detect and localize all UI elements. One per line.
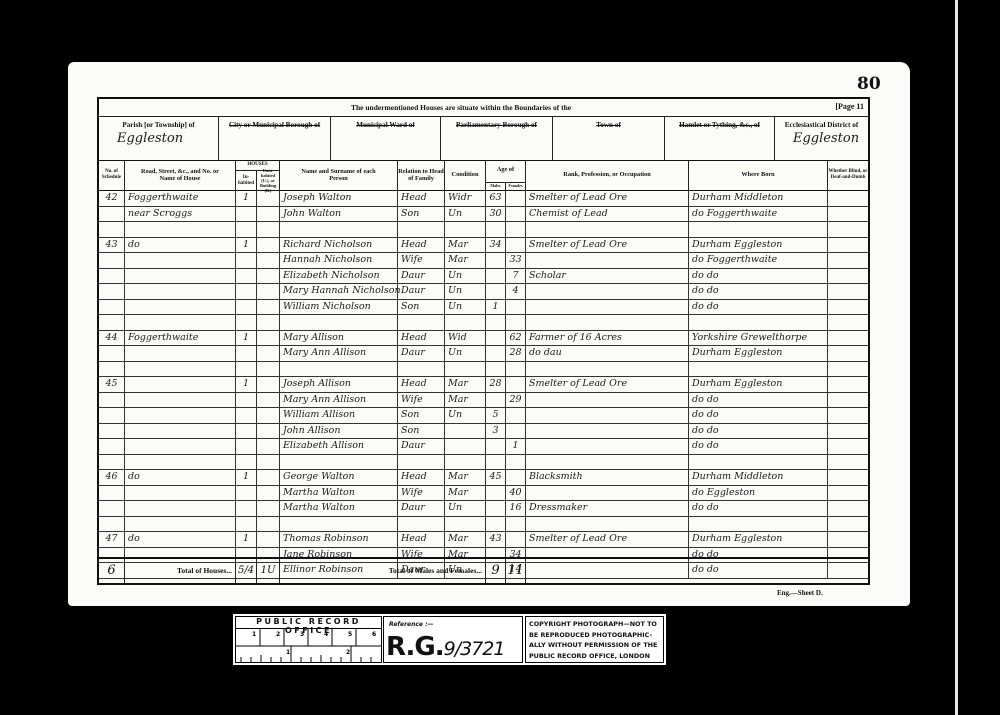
svg-text:6: 6 — [372, 631, 376, 638]
person-name: Mary Hannah Nicholson — [280, 283, 398, 299]
person-name: Hannah Nicholson — [280, 252, 398, 268]
marital-condition: Mar — [445, 531, 486, 547]
age-male: 28 — [486, 376, 506, 392]
road-address — [125, 252, 236, 268]
person-name: George Walton — [280, 469, 398, 485]
age-male — [486, 330, 506, 346]
sheet-label: Eng.—Sheet D. — [777, 589, 823, 597]
person-name: Mary Ann Allison — [280, 345, 398, 361]
table-row: Mary Hannah NicholsonDaurUn4do do — [99, 283, 868, 300]
relation-to-head: Son — [398, 407, 445, 423]
relation-to-head: Daur — [398, 283, 445, 299]
age-female — [506, 206, 526, 222]
inhabited-count — [236, 361, 257, 377]
occupation: Blacksmith — [526, 469, 689, 485]
uninhabited-count — [257, 330, 280, 346]
occupation — [526, 283, 689, 299]
marital-condition: Mar — [445, 252, 486, 268]
uninhabited-count — [257, 423, 280, 439]
road-address: do — [125, 531, 236, 547]
age-female: 40 — [506, 485, 526, 501]
relation-to-head — [398, 221, 445, 237]
table-row: near ScroggsJohn WaltonSonUn30Chemist of… — [99, 206, 868, 223]
infirmity — [828, 423, 868, 439]
relation-to-head — [398, 361, 445, 377]
inhabited-count — [236, 252, 257, 268]
person-name: John Allison — [280, 423, 398, 439]
infirmity — [828, 407, 868, 423]
birthplace: Durham Eggleston — [689, 237, 828, 253]
birthplace: Durham Eggleston — [689, 376, 828, 392]
relation-to-head: Wife — [398, 392, 445, 408]
marital-condition: Mar — [445, 392, 486, 408]
svg-text:5: 5 — [348, 631, 352, 638]
schedule-number — [99, 361, 125, 377]
uninhabited-count — [257, 454, 280, 470]
person-name: Richard Nicholson — [280, 237, 398, 253]
marital-condition: Widr — [445, 190, 486, 206]
uninhabited-count — [257, 283, 280, 299]
inhabited-count — [236, 485, 257, 501]
marital-condition: Un — [445, 407, 486, 423]
schedule-number — [99, 454, 125, 470]
road-address — [125, 407, 236, 423]
road-address — [125, 283, 236, 299]
age-male: 1 — [486, 299, 506, 315]
schedule-number — [99, 500, 125, 516]
infirmity — [828, 376, 868, 392]
table-row — [99, 221, 868, 238]
occupation — [526, 516, 689, 532]
occupation — [526, 392, 689, 408]
uninhabited-count — [257, 314, 280, 330]
person-name: William Nicholson — [280, 299, 398, 315]
infirmity — [828, 268, 868, 284]
schedule-number — [99, 345, 125, 361]
boundary-borough: City or Municipal Borough of — [219, 116, 331, 160]
boundary-value: Eggleston — [99, 131, 218, 146]
age-male: 34 — [486, 237, 506, 253]
table-row: 44Foggerthwaite1Mary AllisonHeadWid62Far… — [99, 330, 868, 347]
inhabited-count — [236, 407, 257, 423]
infirmity — [828, 438, 868, 454]
table-row: 47do1Thomas RobinsonHeadMar43Smelter of … — [99, 531, 868, 548]
total-schedules: 6 — [99, 559, 125, 583]
occupation: do dau — [526, 345, 689, 361]
road-address: near Scroggs — [125, 206, 236, 222]
age-male: 43 — [486, 531, 506, 547]
occupation: Chemist of Lead — [526, 206, 689, 222]
uninhabited-count — [257, 500, 280, 516]
boundary-town: Town of — [553, 116, 665, 160]
age-female — [506, 531, 526, 547]
relation-to-head: Daur — [398, 438, 445, 454]
birthplace: Yorkshire Grewelthorpe — [689, 330, 828, 346]
table-row: 46do1George WaltonHeadMar45BlacksmithDur… — [99, 469, 868, 486]
person-name — [280, 361, 398, 377]
person-name: Thomas Robinson — [280, 531, 398, 547]
schedule-number: 45 — [99, 376, 125, 392]
birthplace: do Foggerthwaite — [689, 252, 828, 268]
copyright-notice: COPYRIGHT PHOTOGRAPH—NOT TO BE REPRODUCE… — [525, 616, 664, 663]
birthplace: Durham Middleton — [689, 190, 828, 206]
road-address: Foggerthwaite — [125, 190, 236, 206]
age-female — [506, 407, 526, 423]
uninhabited-count — [257, 361, 280, 377]
birthplace — [689, 516, 828, 532]
boundary-value: Eggleston — [775, 131, 868, 146]
marital-condition: Un — [445, 299, 486, 315]
totals-row: 6 Total of Houses... 5/4 1U Total of Mal… — [99, 557, 868, 583]
age-female — [506, 469, 526, 485]
boundary-parliamentary: Parliamentary Borough of — [441, 116, 553, 160]
header-males: Males — [486, 182, 506, 190]
total-males: 9 — [486, 559, 506, 583]
age-female — [506, 454, 526, 470]
birthplace: do do — [689, 299, 828, 315]
age-male — [486, 516, 506, 532]
total-females: 11 — [506, 559, 526, 583]
birthplace: do do — [689, 268, 828, 284]
age-male — [486, 361, 506, 377]
occupation — [526, 221, 689, 237]
total-houses-label: Total of Houses... — [125, 559, 236, 583]
relation-to-head: Head — [398, 469, 445, 485]
reference-label: Reference :— — [389, 621, 433, 628]
person-name — [280, 221, 398, 237]
relation-to-head — [398, 516, 445, 532]
road-address: Foggerthwaite — [125, 330, 236, 346]
schedule-number — [99, 392, 125, 408]
person-name: Elizabeth Nicholson — [280, 268, 398, 284]
uninhabited-count — [257, 392, 280, 408]
occupation — [526, 361, 689, 377]
schedule-number — [99, 283, 125, 299]
table-row — [99, 454, 868, 471]
inhabited-count: 1 — [236, 330, 257, 346]
person-name — [280, 314, 398, 330]
boundary-label: Town of — [553, 116, 664, 129]
uninhabited-count — [257, 531, 280, 547]
schedule-number: 44 — [99, 330, 125, 346]
reference-code: R.G.9/3721 — [386, 632, 504, 662]
uninhabited-count — [257, 268, 280, 284]
person-name: Elizabeth Allison — [280, 438, 398, 454]
occupation — [526, 314, 689, 330]
ruler-scale-icon: 123 456 12 — [236, 629, 381, 663]
person-name: Martha Walton — [280, 500, 398, 516]
uninhabited-count — [257, 485, 280, 501]
road-address — [125, 376, 236, 392]
occupation: Scholar — [526, 268, 689, 284]
marital-condition: Un — [445, 283, 486, 299]
boundary-label: Parish [or Township] of — [99, 116, 218, 129]
svg-text:1: 1 — [252, 631, 256, 638]
boundaries-intro: The undermentioned Houses are situate wi… — [99, 99, 868, 117]
inhabited-count — [236, 221, 257, 237]
schedule-number — [99, 516, 125, 532]
road-address — [125, 438, 236, 454]
header-condition: Condition — [445, 160, 486, 190]
inhabited-count — [236, 454, 257, 470]
header-relation: Relation to Head of Family — [398, 160, 445, 190]
header-inhabited: In-habited — [236, 170, 257, 190]
total-persons-label: Total of Males and Females... — [280, 559, 486, 583]
uninhabited-count — [257, 190, 280, 206]
table-row: 43do1Richard NicholsonHeadMar34Smelter o… — [99, 237, 868, 254]
infirmity — [828, 330, 868, 346]
age-male — [486, 283, 506, 299]
schedule-number — [99, 438, 125, 454]
folio-number: 80 — [857, 74, 881, 94]
occupation: Farmer of 16 Acres — [526, 330, 689, 346]
birthplace — [689, 221, 828, 237]
occupation: Dressmaker — [526, 500, 689, 516]
inhabited-count — [236, 500, 257, 516]
age-female: 62 — [506, 330, 526, 346]
table-row: 451Joseph AllisonHeadMar28Smelter of Lea… — [99, 376, 868, 393]
schedule-number — [99, 206, 125, 222]
svg-text:4: 4 — [324, 631, 328, 638]
age-female: 33 — [506, 252, 526, 268]
road-address — [125, 268, 236, 284]
birthplace: do do — [689, 392, 828, 408]
birthplace: Durham Eggleston — [689, 345, 828, 361]
marital-condition — [445, 423, 486, 439]
schedule-number — [99, 252, 125, 268]
infirmity — [828, 485, 868, 501]
boundary-label: Municipal Ward of — [331, 116, 440, 129]
age-male: 63 — [486, 190, 506, 206]
age-female — [506, 314, 526, 330]
age-female — [506, 423, 526, 439]
road-address — [125, 361, 236, 377]
occupation — [526, 454, 689, 470]
person-name: Joseph Walton — [280, 190, 398, 206]
relation-to-head: Daur — [398, 268, 445, 284]
occupation — [526, 423, 689, 439]
schedule-number: 42 — [99, 190, 125, 206]
age-female: 4 — [506, 283, 526, 299]
occupation — [526, 252, 689, 268]
age-female: 28 — [506, 345, 526, 361]
schedule-number — [99, 299, 125, 315]
person-name: Mary Allison — [280, 330, 398, 346]
boundaries-row: Parish [or Township] of Eggleston City o… — [99, 116, 868, 161]
uninhabited-count — [257, 237, 280, 253]
relation-to-head — [398, 454, 445, 470]
header-schedule: No. of Schedule — [99, 160, 125, 190]
inhabited-count — [236, 314, 257, 330]
infirmity — [828, 283, 868, 299]
inhabited-count — [236, 438, 257, 454]
age-female — [506, 299, 526, 315]
age-male — [486, 345, 506, 361]
inhabited-count — [236, 345, 257, 361]
road-address — [125, 299, 236, 315]
birthplace: Durham Middleton — [689, 469, 828, 485]
relation-to-head: Wife — [398, 485, 445, 501]
schedule-number: 47 — [99, 531, 125, 547]
relation-to-head: Head — [398, 376, 445, 392]
road-address — [125, 221, 236, 237]
infirmity — [828, 469, 868, 485]
occupation: Smelter of Lead Ore — [526, 237, 689, 253]
infirmity — [828, 206, 868, 222]
boundary-label: City or Municipal Borough of — [219, 116, 330, 129]
birthplace: do Eggleston — [689, 485, 828, 501]
uninhabited-count — [257, 345, 280, 361]
uninhabited-count — [257, 376, 280, 392]
table-row: John AllisonSon3do do — [99, 423, 868, 440]
road-address — [125, 392, 236, 408]
birthplace — [689, 314, 828, 330]
road-address — [125, 345, 236, 361]
birthplace — [689, 361, 828, 377]
schedule-number — [99, 221, 125, 237]
boundary-label: Parliamentary Borough of — [441, 116, 552, 129]
uninhabited-count — [257, 206, 280, 222]
infirmity — [828, 516, 868, 532]
table-row: Hannah NicholsonWifeMar33do Foggerthwait… — [99, 252, 868, 269]
road-address — [125, 516, 236, 532]
relation-to-head: Daur — [398, 500, 445, 516]
marital-condition — [445, 361, 486, 377]
infirmity — [828, 531, 868, 547]
uninhabited-count — [257, 407, 280, 423]
schedule-number: 43 — [99, 237, 125, 253]
age-female — [506, 376, 526, 392]
age-female — [506, 190, 526, 206]
infirmity — [828, 314, 868, 330]
marital-condition: Mar — [445, 376, 486, 392]
svg-text:2: 2 — [346, 649, 350, 656]
age-male: 45 — [486, 469, 506, 485]
marital-condition — [445, 221, 486, 237]
svg-text:3: 3 — [300, 631, 304, 638]
scan-edge-strip — [955, 0, 958, 715]
marital-condition — [445, 454, 486, 470]
occupation: Smelter of Lead Ore — [526, 531, 689, 547]
total-inhabited: 5/4 — [236, 559, 257, 583]
header-occupation: Rank, Profession, or Occupation — [526, 160, 689, 190]
infirmity — [828, 299, 868, 315]
age-male: 30 — [486, 206, 506, 222]
birthplace: do do — [689, 438, 828, 454]
age-male — [486, 485, 506, 501]
header-name: Name and Surname of each Person — [280, 160, 398, 190]
schedule-number — [99, 268, 125, 284]
column-headers: No. of Schedule Road, Street, &c., and N… — [99, 160, 868, 191]
inhabited-count — [236, 423, 257, 439]
boundary-ward: Municipal Ward of — [331, 116, 441, 160]
schedule-number — [99, 423, 125, 439]
header-where-born: Where Born — [689, 160, 828, 190]
uninhabited-count — [257, 221, 280, 237]
marital-condition — [445, 314, 486, 330]
inhabited-count: 1 — [236, 190, 257, 206]
road-address — [125, 500, 236, 516]
marital-condition: Mar — [445, 237, 486, 253]
inhabited-count: 1 — [236, 531, 257, 547]
inhabited-count — [236, 392, 257, 408]
relation-to-head: Wife — [398, 252, 445, 268]
relation-to-head: Son — [398, 299, 445, 315]
relation-to-head: Head — [398, 330, 445, 346]
table-row: William AllisonSonUn5do do — [99, 407, 868, 424]
public-record-office-stamp: PUBLIC RECORD OFFICE 123 456 12 — [231, 612, 668, 667]
total-uninhabited: 1U — [257, 559, 280, 583]
infirmity — [828, 221, 868, 237]
birthplace: do Foggerthwaite — [689, 206, 828, 222]
occupation — [526, 299, 689, 315]
schedule-number — [99, 485, 125, 501]
inhabited-count: 1 — [236, 469, 257, 485]
relation-to-head: Son — [398, 206, 445, 222]
boundary-hamlet: Hamlet or Tything, &c., of — [665, 116, 775, 160]
table-row — [99, 361, 868, 378]
occupation — [526, 485, 689, 501]
age-male — [486, 252, 506, 268]
age-female — [506, 221, 526, 237]
birthplace: do do — [689, 407, 828, 423]
age-female: 7 — [506, 268, 526, 284]
road-address: do — [125, 237, 236, 253]
age-male — [486, 454, 506, 470]
svg-text:2: 2 — [276, 631, 280, 638]
infirmity — [828, 454, 868, 470]
boundary-label: Hamlet or Tything, &c., of — [665, 116, 774, 129]
intro-text: The undermentioned Houses are situate wi… — [351, 103, 571, 112]
age-female: 16 — [506, 500, 526, 516]
uninhabited-count — [257, 252, 280, 268]
marital-condition: Wid — [445, 330, 486, 346]
occupation — [526, 407, 689, 423]
infirmity — [828, 237, 868, 253]
inhabited-count: 1 — [236, 376, 257, 392]
age-female — [506, 361, 526, 377]
road-address — [125, 423, 236, 439]
relation-to-head: Daur — [398, 345, 445, 361]
age-male — [486, 268, 506, 284]
table-row: William NicholsonSonUn1do do — [99, 299, 868, 316]
marital-condition — [445, 516, 486, 532]
table-row: Martha WaltonDaurUn16Dressmakerdo do — [99, 500, 868, 517]
marital-condition: Un — [445, 500, 486, 516]
inhabited-count: 1 — [236, 237, 257, 253]
marital-condition — [445, 438, 486, 454]
table-row: Elizabeth AllisonDaur1do do — [99, 438, 868, 455]
age-male — [486, 438, 506, 454]
age-male — [486, 314, 506, 330]
age-female — [506, 516, 526, 532]
age-female — [506, 237, 526, 253]
infirmity — [828, 392, 868, 408]
uninhabited-count — [257, 299, 280, 315]
header-females: Females — [506, 182, 526, 190]
boundary-parish: Parish [or Township] of Eggleston — [99, 116, 219, 160]
birthplace — [689, 454, 828, 470]
age-male: 3 — [486, 423, 506, 439]
person-name: Mary Ann Allison — [280, 392, 398, 408]
marital-condition: Un — [445, 268, 486, 284]
road-address — [125, 485, 236, 501]
person-name: John Walton — [280, 206, 398, 222]
header-road: Road, Street, &c., and No. or Name of Ho… — [125, 160, 236, 190]
age-male — [486, 500, 506, 516]
table-row: Mary Ann AllisonWifeMar29do do — [99, 392, 868, 409]
person-name: Joseph Allison — [280, 376, 398, 392]
